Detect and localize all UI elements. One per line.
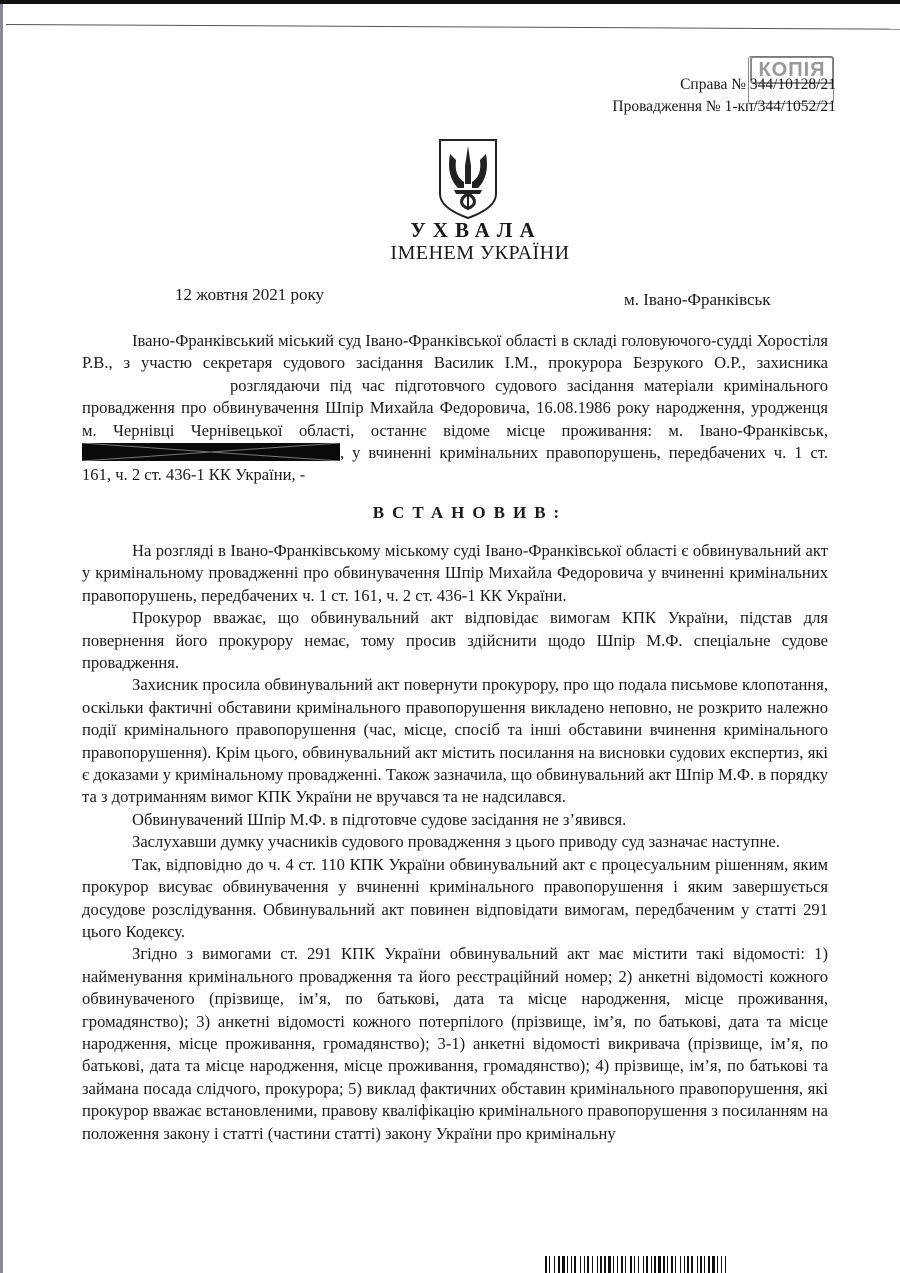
document-title: УХВАЛА [0, 218, 900, 243]
proceeding-label: Провадження № [612, 98, 720, 115]
paragraph-6: Так, відповідно до ч. 4 ст. 110 КПК Укра… [82, 854, 828, 944]
case-meta: Справа № 344/10128/21 Провадження № 1-кп… [612, 74, 836, 118]
case-number-label: Справа № [680, 76, 746, 93]
scan-artifact-line [6, 24, 900, 30]
barcode-icon [545, 1256, 728, 1273]
document-city: м. Івано-Франківськ [624, 290, 771, 310]
intro-paragraph: Івано-Франківський міський суд Івано-Фра… [82, 330, 828, 487]
coat-of-arms-icon [436, 136, 500, 220]
paragraph-2: Прокурор вважає, що обвинувальний акт ві… [82, 607, 828, 674]
scan-left-edge [0, 0, 3, 1273]
paragraph-5: Заслухавши думку учасників судового пров… [82, 831, 828, 853]
scan-top-border [0, 0, 900, 4]
document-subtitle: ІМЕНЕМ УКРАЇНИ [0, 242, 900, 265]
section-heading: ВСТАНОВИВ: [0, 503, 900, 523]
main-body: На розгляді в Івано-Франківському місько… [82, 540, 828, 1145]
case-number-line: Справа № 344/10128/21 [612, 74, 836, 96]
redacted-address [82, 443, 340, 461]
paragraph-1: На розгляді в Івано-Франківському місько… [82, 540, 828, 607]
proceeding-number: 1-кп/344/1052/21 [725, 98, 836, 115]
paragraph-7: Згідно з вимогами ст. 291 КПК України об… [82, 943, 828, 1145]
proceeding-number-line: Провадження № 1-кп/344/1052/21 [612, 96, 836, 118]
paragraph-3: Захисник просила обвинувальний акт повер… [82, 674, 828, 808]
paragraph-4: Обвинувачений Шпір М.Ф. в підготовче суд… [82, 809, 828, 831]
intro-part-1: Івано-Франківський міський суд Івано-Фра… [82, 331, 828, 372]
document-date: 12 жовтня 2021 року [175, 285, 324, 305]
intro-part-2: розглядаючи під час підготовчого судовог… [82, 376, 828, 440]
case-number: 344/10128/21 [750, 74, 836, 96]
